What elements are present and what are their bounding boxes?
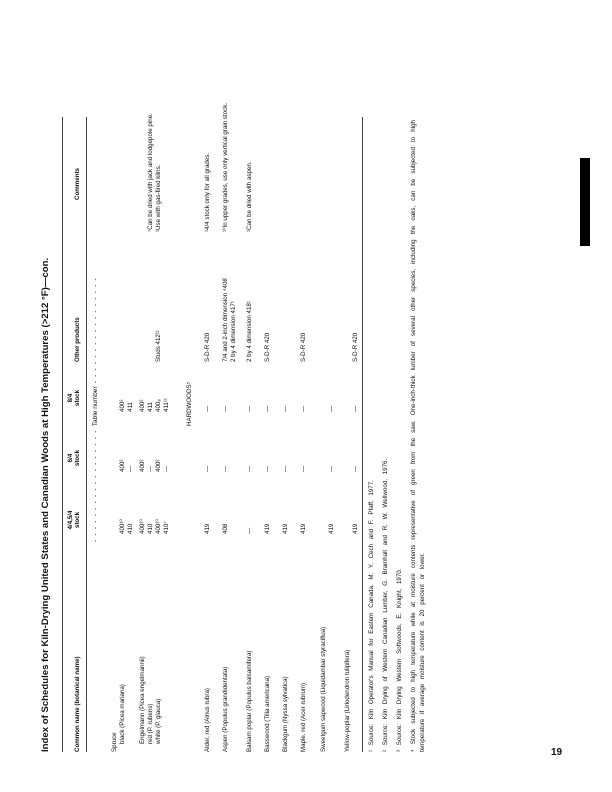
comment: ⁷Can be dried with jack and lodgepole pi… [147,113,155,232]
table-number-banner: - - - - - - - - - - - - - - - - - - Tabl… [92,277,99,542]
table-number-84: — [222,406,230,412]
table-number-84: — [264,406,272,412]
species-name: Yellow-poplar (Liriodendron tulipifera) [344,592,352,752]
species-name: Aspen (Populus grandidentata) [222,667,230,752]
section-tab-marker [580,158,590,246]
table-number-64: 400² [119,460,127,472]
table-number-44-54: 419 [204,524,212,534]
header-col-44-54: 4/4,5/4stock [67,500,81,540]
header-common-name: Common name (botanical name) [74,656,81,752]
table-number-64: — [264,466,272,472]
table-number-44-54: 419 [328,524,336,534]
footnote: ³ Source: Kiln Drying Western Softwoods,… [396,120,405,752]
table-title: Index of Schedules for Kiln-Drying Unite… [40,258,51,752]
comment: ¹⁰In upper grades, use only vertical gra… [222,103,230,232]
bottom-rule [362,117,363,752]
other-products: 2 by 4 dimension 417¹ [230,301,238,362]
header-col-64: 6/4stock [67,438,81,478]
table-number-64: — [282,466,290,472]
table-number-84: 411¹¹ [163,398,171,412]
header-col-84: 8/4stock [67,378,81,418]
other-products: 7/4 and 2-inch dimension ⁴408 [222,278,230,362]
species-name: Alder, red (Alnus rubra) [204,688,212,752]
footnote: ⁴ Stock subjected to high temperature wh… [410,120,427,752]
table-number-64: 400² [139,460,147,472]
species-name: Sweetgum sapwood (Liquidambar styraciflu… [320,592,328,752]
table-number-44-54: 419 [352,524,360,534]
table-number-84: 411 [127,402,135,412]
species-name: black (Picea mariana) [119,684,127,744]
other-products: S-D-R 420 [352,333,360,362]
table-number-44-54: 419 [300,524,308,534]
rotated-footnotes: ¹ Source: Kiln Operator's Manual for Eas… [364,112,612,752]
table-number-64: — [328,466,336,472]
page-number: 19 [551,747,562,758]
table-number-84: — [204,406,212,412]
table-number-64: — [204,466,212,472]
other-products: 2 by 4 dimension 418¹ [246,301,254,362]
other-products: S-D-R 420 [264,333,272,362]
rotated-table-page: Index of Schedules for Kiln-Drying Unite… [40,112,380,752]
other-products: Studs 412¹¹ [155,330,163,362]
table-number-44-54: 410 [127,524,135,534]
header-other-products: Other products [74,317,81,362]
table-number-44-54: 410 [147,524,155,534]
table-number-64: — [147,466,155,472]
table-number-84: — [328,406,336,412]
species-name: Maple, red (Acer rubrum) [300,683,308,752]
table-number-64: — [300,466,308,472]
table-number-44-54: 410⁷ [163,521,171,534]
table-number-44-54: 400¹⁰ [155,519,163,534]
table-number-84: — [282,406,290,412]
table-number-84: 400² [119,400,127,412]
comment: ¹Use with gas-fired kilns. [155,165,163,232]
table-number-44-54: 400¹⁰ [139,519,147,534]
header-comments: Comments [74,168,81,200]
table-number-84: — [352,406,360,412]
footnote: ² Source: Kiln Drying of Western Canadia… [382,120,391,752]
species-name: Blackgum (Nyssa sylvatica) [282,676,290,752]
species-name: Balsam poplar (Populus balsamifera) [246,651,254,752]
top-rule [62,117,63,752]
table-number-44-54: 408 [222,524,230,534]
table-number-84: 400² [139,400,147,412]
header-rule [86,117,87,752]
species-name: Basswood (Tilia americana) [264,676,272,752]
species-name: red (P. rubens) [147,704,155,744]
group-label-spruce: Spruce [111,732,119,752]
table-number-44-54: 419 [264,524,272,534]
footnote: ¹ Source: Kiln Operator's Manual for Eas… [368,120,377,752]
hardwoods-section-label: HARDWOODS⁵ [186,382,193,426]
table-number-64: — [127,466,135,472]
table-number-64: — [163,466,171,472]
species-name: white (P. glauca) [155,699,163,744]
table-number-44-54: — [246,528,254,534]
table-number-64: — [246,466,254,472]
species-name: Engelmann (Picea engelmannii) [139,656,147,744]
table-number-64: 400² [155,460,163,472]
other-products: S-D-R 420 [300,333,308,362]
other-products: S-D-R 420 [204,333,212,362]
table-number-84: — [246,406,254,412]
table-number-84: 411 [147,402,155,412]
comment: ¹Can be dried with aspen. [246,161,254,232]
comment: ¹4/4 stock only for all grades. [204,153,212,232]
table-number-64: — [222,466,230,472]
table-number-84: 400₈ [155,399,163,412]
table-number-64: — [352,466,360,472]
table-number-44-54: 419 [282,524,290,534]
table-number-44-54: 400¹⁰ [119,519,127,534]
table-number-84: — [300,406,308,412]
